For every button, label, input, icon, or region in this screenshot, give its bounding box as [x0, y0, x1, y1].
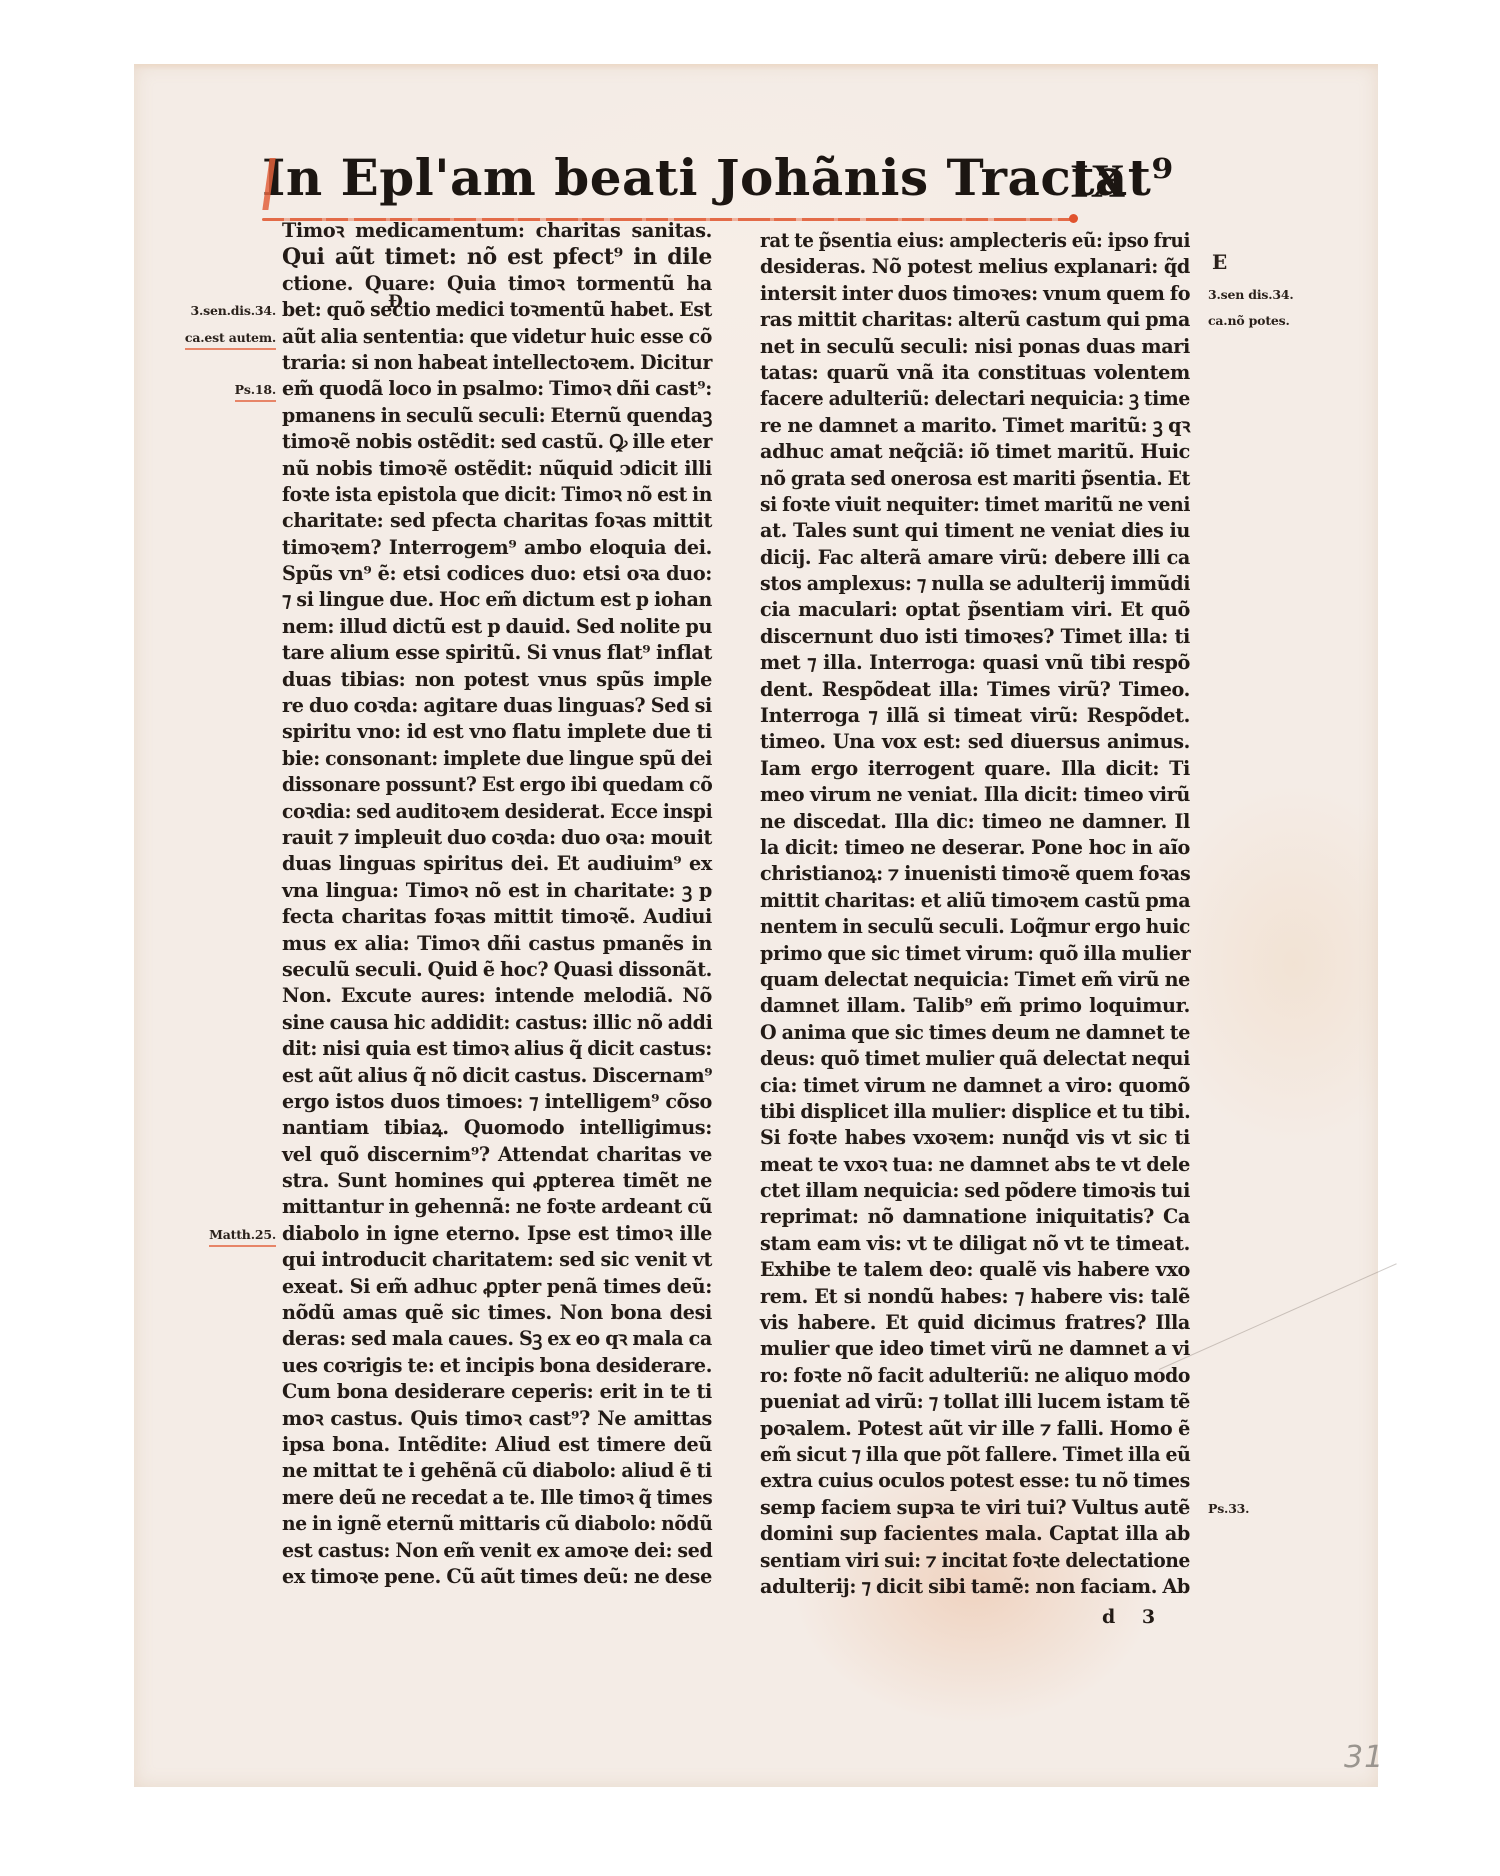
- text-line: duas linguas spiritus dei. Et audiuim⁹ e…: [282, 851, 712, 877]
- text-line: coꝛdia: sed auditoꝛem desiderat. Ecce in…: [282, 799, 712, 825]
- text-line: ne in ignẽ eternũ mittaris cũ diabolo: n…: [282, 1511, 712, 1537]
- marginal-note-left: Ps.18.: [235, 382, 276, 398]
- text-line: fecta charitas foꝛas mittit timoꝛẽ. Audi…: [282, 904, 712, 930]
- running-head: In Epl'am beati Johãnis Tractat⁹ IX: [262, 146, 1182, 224]
- running-head-title: In Epl'am beati Johãnis Tractat⁹: [262, 148, 1174, 207]
- text-line: net in seculũ seculi: nisi ponas duas ma…: [760, 334, 1190, 360]
- text-line: ctione. Quare: Quia timoꝛ tormentũ ha: [282, 271, 712, 297]
- text-line: dissonare possunt? Est ergo ibi quedam c…: [282, 772, 712, 798]
- text-line: vis habere. Et quid dicimus fratres? Ill…: [760, 1310, 1190, 1336]
- text-line: spiritu vno: id est vno flatu implete du…: [282, 719, 712, 745]
- text-line: mus ex alia: Timoꝛ dñi castus pmanẽs in: [282, 931, 712, 957]
- text-line: discernunt duo isti timoꝛes? Timet illa:…: [760, 624, 1190, 650]
- text-line: tare alium esse spiritũ. Si vnus flat⁹ i…: [282, 640, 712, 666]
- text-line: mere deũ ne recedat a te. Ille timoꝛ q̃ …: [282, 1485, 712, 1511]
- pencil-folio-number: 31: [1344, 1740, 1384, 1775]
- text-line: intersit inter duos timoꝛes: vnum quem f…: [760, 281, 1190, 307]
- text-line: em̃ sicut ⁊ illa que põt fallere. Timet …: [760, 1442, 1190, 1468]
- text-line: qui introducit charitatem: sed sic venit…: [282, 1247, 712, 1273]
- text-line: pueniat ad virũ: ⁊ tollat illi lucem ist…: [760, 1389, 1190, 1415]
- text-line: sentiam viri sui: ⁊ incitat foꝛte delect…: [760, 1548, 1190, 1574]
- text-line: rat te p̃sentia eius: amplecteris eũ: ip…: [760, 228, 1190, 254]
- running-head-title-text: In Epl'am beati Johãnis Tractat⁹: [262, 148, 1174, 207]
- text-line: mittit charitas: et aliũ timoꝛem castũ p…: [760, 888, 1190, 914]
- text-line: Exhibe te talem deo: qualẽ vis habere vx…: [760, 1257, 1190, 1283]
- text-line: la dicit: timeo ne deserar. Pone hoc in …: [760, 835, 1190, 861]
- text-line: ne mittat te i gehẽnã cũ diabolo: aliud …: [282, 1458, 712, 1484]
- text-line: nantiam tibiaꝝ. Quomodo intelligimus:: [282, 1115, 712, 1141]
- text-line: ctet illam nequicia: sed põdere timoꝛis …: [760, 1178, 1190, 1204]
- text-line: Timoꝛ medicamentum: charitas sanitas.: [282, 218, 712, 244]
- text-line: stos amplexus: ⁊ nulla se adulterij immũ…: [760, 571, 1190, 597]
- text-line: damnet illam. Talib⁹ em̃ primo loquimur.: [760, 993, 1190, 1019]
- manuscript-page: In Epl'am beati Johãnis Tractat⁹ IX Ð Ti…: [134, 64, 1378, 1787]
- text-line: dicij. Fac alterã amare virũ: debere ill…: [760, 545, 1190, 571]
- text-line: Non. Excute aures: intende melodiã. Nõ: [282, 983, 712, 1009]
- text-line: stra. Sunt homines qui ꝓpterea timẽt ne: [282, 1168, 712, 1194]
- text-line: nõ grata sed onerosa est mariti p̃sentia…: [760, 466, 1190, 492]
- page-edge: [134, 64, 1378, 70]
- text-line: est castus: Non em̃ venit ex amoꝛe dei: …: [282, 1538, 712, 1564]
- tractatus-numeral: IX: [1070, 154, 1127, 209]
- text-line: moꝛ castus. Quis timoꝛ cast⁹? Ne amittas: [282, 1406, 712, 1432]
- text-line: stam eam vis: vt te diligat nõ vt te tim…: [760, 1231, 1190, 1257]
- text-line: mulier que ideo timet virũ ne damnet a v…: [760, 1336, 1190, 1362]
- text-line: Cum bona desiderare ceperis: erit in te …: [282, 1379, 712, 1405]
- text-line: desideras. Nõ potest melius explanari: q…: [760, 254, 1190, 280]
- text-line: nõdũ amas quẽ sic times. Non bona desi: [282, 1300, 712, 1326]
- text-line: est aũt alius q̃ nõ dicit castus. Discer…: [282, 1063, 712, 1089]
- red-rule-end-dot: [1069, 214, 1078, 223]
- text-line: timeo. Una vox est: sed diuersus animus.: [760, 729, 1190, 755]
- text-line: rauit ⁊ impleuit duo coꝛda: duo oꝛa: mou…: [282, 825, 712, 851]
- text-line: re duo coꝛda: agitare duas linguas? Sed …: [282, 693, 712, 719]
- text-line: re ne damnet a marito. Timet maritũ: ꝫ q…: [760, 413, 1190, 439]
- text-line: Qui aũt timet: nõ est pfect⁹ in dile: [282, 244, 712, 270]
- text-line: tatas: quarũ vnã ita constituas volentem: [760, 360, 1190, 386]
- marginal-note-right: 3.sen dis.34.: [1208, 287, 1294, 303]
- text-line: ues coꝛrigis te: et incipis bona desider…: [282, 1353, 712, 1379]
- text-line: diabolo in igne eterno. Ipse est timoꝛ i…: [282, 1221, 712, 1247]
- text-line: Interroga ⁊ illã si timeat virũ: Respõde…: [760, 703, 1190, 729]
- text-line: aũt alia sententia: que videtur huic ess…: [282, 324, 712, 350]
- marginal-note-right: ca.nõ potes.: [1208, 313, 1290, 329]
- text-line: Si foꝛte habes vxoꝛem: nunq̃d vis vt sic…: [760, 1125, 1190, 1151]
- text-line: adulterij: ⁊ dicit sibi tamẽ: non faciam…: [760, 1574, 1190, 1600]
- text-line: foꝛte ista epistola que dicit: Timoꝛ nõ …: [282, 482, 712, 508]
- text-line: at. Tales sunt qui timent ne veniat dies…: [760, 518, 1190, 544]
- text-line: timoꝛem? Interrogem⁹ ambo eloquia dei.: [282, 535, 712, 561]
- text-line: ex timoꝛe pene. Cũ aũt times deũ: ne des…: [282, 1564, 712, 1590]
- text-line: vel quõ discernim⁹? Attendat charitas ve: [282, 1142, 712, 1168]
- text-line: charitate: sed pfecta charitas foꝛas mit…: [282, 508, 712, 534]
- text-line: nũ nobis timoꝛẽ ostẽdit: nũquid ↄdicit i…: [282, 456, 712, 482]
- paper-crease: [1159, 1263, 1397, 1370]
- text-line: traria: si non habeat intellectoꝛem. Dic…: [282, 350, 712, 376]
- text-line: O anima que sic times deum ne damnet te: [760, 1020, 1190, 1046]
- text-line: dit: nisi quia est timoꝛ alius q̃ dicit …: [282, 1036, 712, 1062]
- text-line: tibi displicet illa mulier: displice et …: [760, 1099, 1190, 1125]
- marginal-note-right: E: [1212, 254, 1227, 270]
- text-line: ro: foꝛte nõ facit adulteriũ: ne aliquo …: [760, 1363, 1190, 1389]
- text-line: mittantur in gehennã: ne foꝛte ardeant c…: [282, 1194, 712, 1220]
- text-line: semp faciem supꝛa te viri tui? Vultus au…: [760, 1495, 1190, 1521]
- text-line: met ⁊ illa. Interroga: quasi vnũ tibi re…: [760, 650, 1190, 676]
- text-line: meat te vxoꝛ tua: ne damnet abs te vt de…: [760, 1152, 1190, 1178]
- text-line: ergo istos duos timoes: ⁊ intelligem⁹ cõ…: [282, 1089, 712, 1115]
- text-line: bie: consonant: implete due lingue spũ d…: [282, 746, 712, 772]
- text-line: christianoꝝ: ⁊ inuenisti timoꝛẽ quem foꝛ…: [760, 861, 1190, 887]
- text-line: bet: quõ sectio medici toꝛmentũ habet. E…: [282, 297, 712, 323]
- text-line: ipsa bona. Intẽdite: Aliud est timere de…: [282, 1432, 712, 1458]
- text-line: em̃ quodã loco in psalmo: Timoꝛ dñi cast…: [282, 376, 712, 402]
- text-line: cia maculari: optat p̃sentiam viri. Et q…: [760, 597, 1190, 623]
- text-line: sine causa hic addidit: castus: illic nõ…: [282, 1010, 712, 1036]
- text-line: ⁊ si lingue due. Hoc em̃ dictum est p io…: [282, 587, 712, 613]
- text-line: poꝛalem. Potest aũt vir ille ⁊ falli. Ho…: [760, 1416, 1190, 1442]
- text-line: timoꝛẽ nobis ostẽdit: sed castũ. Ꝙ ille …: [282, 429, 712, 455]
- marginal-note-left: 3.sen.dis.34.: [190, 303, 276, 319]
- text-line: seculũ seculi. Quid ẽ hoc? Quasi dissonã…: [282, 957, 712, 983]
- text-line: nentem in seculũ seculi. Loq̃mur ergo hu…: [760, 914, 1190, 940]
- text-line: Spũs vn⁹ ẽ: etsi codices duo: etsi oꝛa d…: [282, 561, 712, 587]
- text-line: meo virum ne veniat. Illa dicit: timeo v…: [760, 782, 1190, 808]
- text-line: pmanens in seculũ seculi: Eternũ quendaꝫ: [282, 403, 712, 429]
- text-line: si foꝛte viuit nequiter: timet maritũ ne…: [760, 492, 1190, 518]
- text-line: rem. Et si nondũ habes: ⁊ habere vis: ta…: [760, 1284, 1190, 1310]
- text-line: Iam ergo iterrogent quare. Illa dicit: T…: [760, 756, 1190, 782]
- text-line: reprimat: nõ damnatione iniquitatis? Ca: [760, 1204, 1190, 1230]
- text-line: deus: quõ timet mulier quã delectat nequ…: [760, 1046, 1190, 1072]
- text-line: duas tibias: non potest vnus spũs imple: [282, 667, 712, 693]
- text-line: nem: illud dictũ est p dauid. Sed nolite…: [282, 614, 712, 640]
- text-line: facere adulteriũ: delectari nequicia: ꝫ …: [760, 386, 1190, 412]
- text-line: quam delectat nequicia: Timet em̃ virũ n…: [760, 967, 1190, 993]
- text-line: vna lingua: Timoꝛ nõ est in charitate: ꝫ…: [282, 878, 712, 904]
- signature-mark: d 3: [1102, 1606, 1165, 1628]
- text-line: exeat. Si em̃ adhuc ꝓpter penã times deũ…: [282, 1274, 712, 1300]
- text-line: dent. Respõdeat illa: Times virũ? Timeo.: [760, 677, 1190, 703]
- text-line: ne discedat. Illa dic: timeo ne damner. …: [760, 809, 1190, 835]
- text-line: primo que sic timet virum: quõ illa muli…: [760, 941, 1190, 967]
- text-line: ras mittit charitas: alterũ castum qui p…: [760, 307, 1190, 333]
- marginal-note-left: ca.est autem.: [185, 330, 276, 346]
- marginal-note-right: Ps.33.: [1208, 1501, 1249, 1517]
- marginal-note-left: Matth.25.: [209, 1227, 276, 1243]
- text-line: domini sup facientes mala. Captat illa a…: [760, 1521, 1190, 1547]
- text-line: adhuc amat neq̃ciã: iõ timet maritũ. Hui…: [760, 439, 1190, 465]
- text-line: cia: timet virum ne damnet a viro: quomõ: [760, 1073, 1190, 1099]
- left-text-column: Timoꝛ medicamentum: charitas sanitas.Qui…: [282, 218, 712, 1590]
- text-line: deras: sed mala caues. Sꝫ ex eo qꝛ mala …: [282, 1326, 712, 1352]
- right-text-column: rat te p̃sentia eius: amplecteris eũ: ip…: [760, 228, 1190, 1600]
- text-line: extra cuius oculos potest esse: tu nõ ti…: [760, 1468, 1190, 1494]
